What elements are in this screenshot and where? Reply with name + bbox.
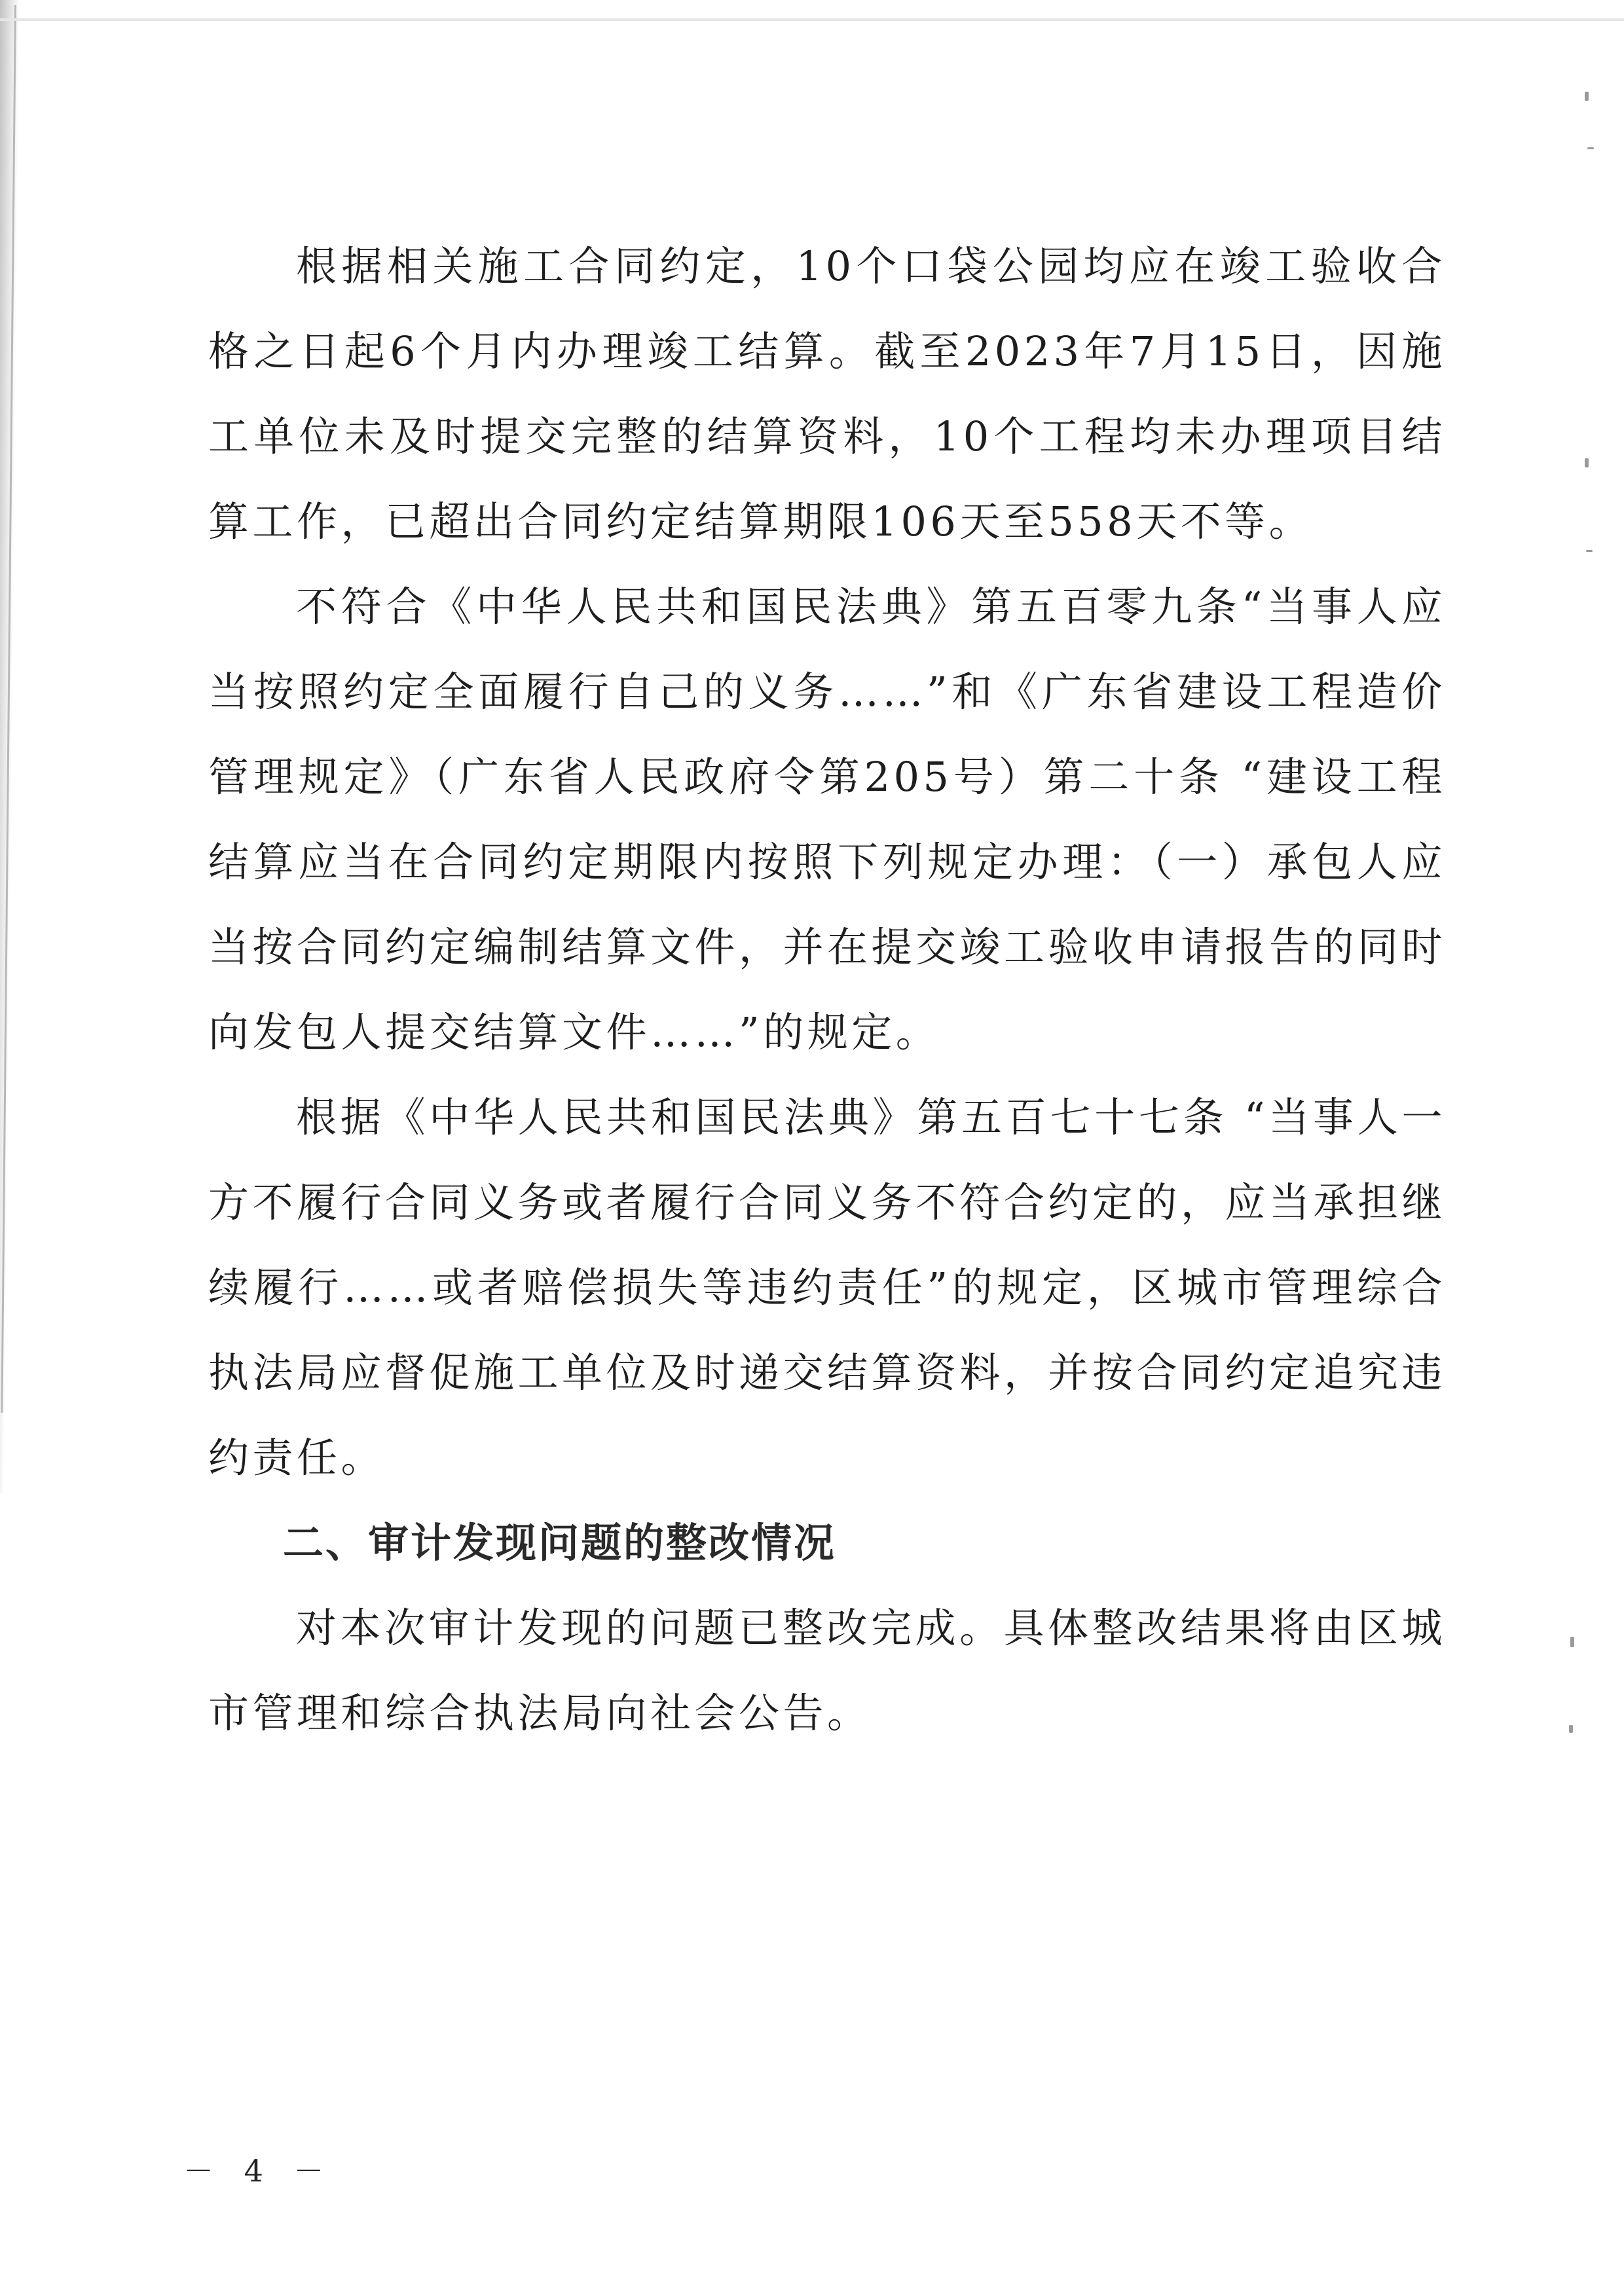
scan-speck <box>1570 1637 1574 1647</box>
scan-speck <box>1586 550 1593 552</box>
page-number: － 4 － <box>183 2147 335 2191</box>
scan-speck <box>1587 147 1594 149</box>
section-heading-rectification: 二、审计发现问题的整改情况 <box>208 1501 1446 1586</box>
scan-speck <box>1585 92 1589 101</box>
paragraph-rectification-status: 对本次审计发现的问题已整改完成。具体整改结果将由区城市管理和综合执法局向社会公告… <box>208 1586 1446 1756</box>
scan-speck <box>1585 458 1589 467</box>
scan-edge-top <box>0 18 1624 21</box>
document-body: 根据相关施工合同约定，10个口袋公园均应在竣工验收合格之日起6个月内办理竣工结算… <box>208 224 1446 1756</box>
scan-speck <box>1569 1725 1573 1733</box>
paragraph-settlement-overdue: 根据相关施工合同约定，10个口袋公园均应在竣工验收合格之日起6个月内办理竣工结算… <box>208 224 1446 564</box>
paragraph-remedy: 根据《中华人民共和国民法典》第五百七十七条 “当事人一方不履行合同义务或者履行合… <box>208 1075 1446 1501</box>
paragraph-legal-basis: 不符合《中华人民共和国民法典》第五百零九条“当事人应当按照约定全面履行自己的义务… <box>208 564 1446 1075</box>
